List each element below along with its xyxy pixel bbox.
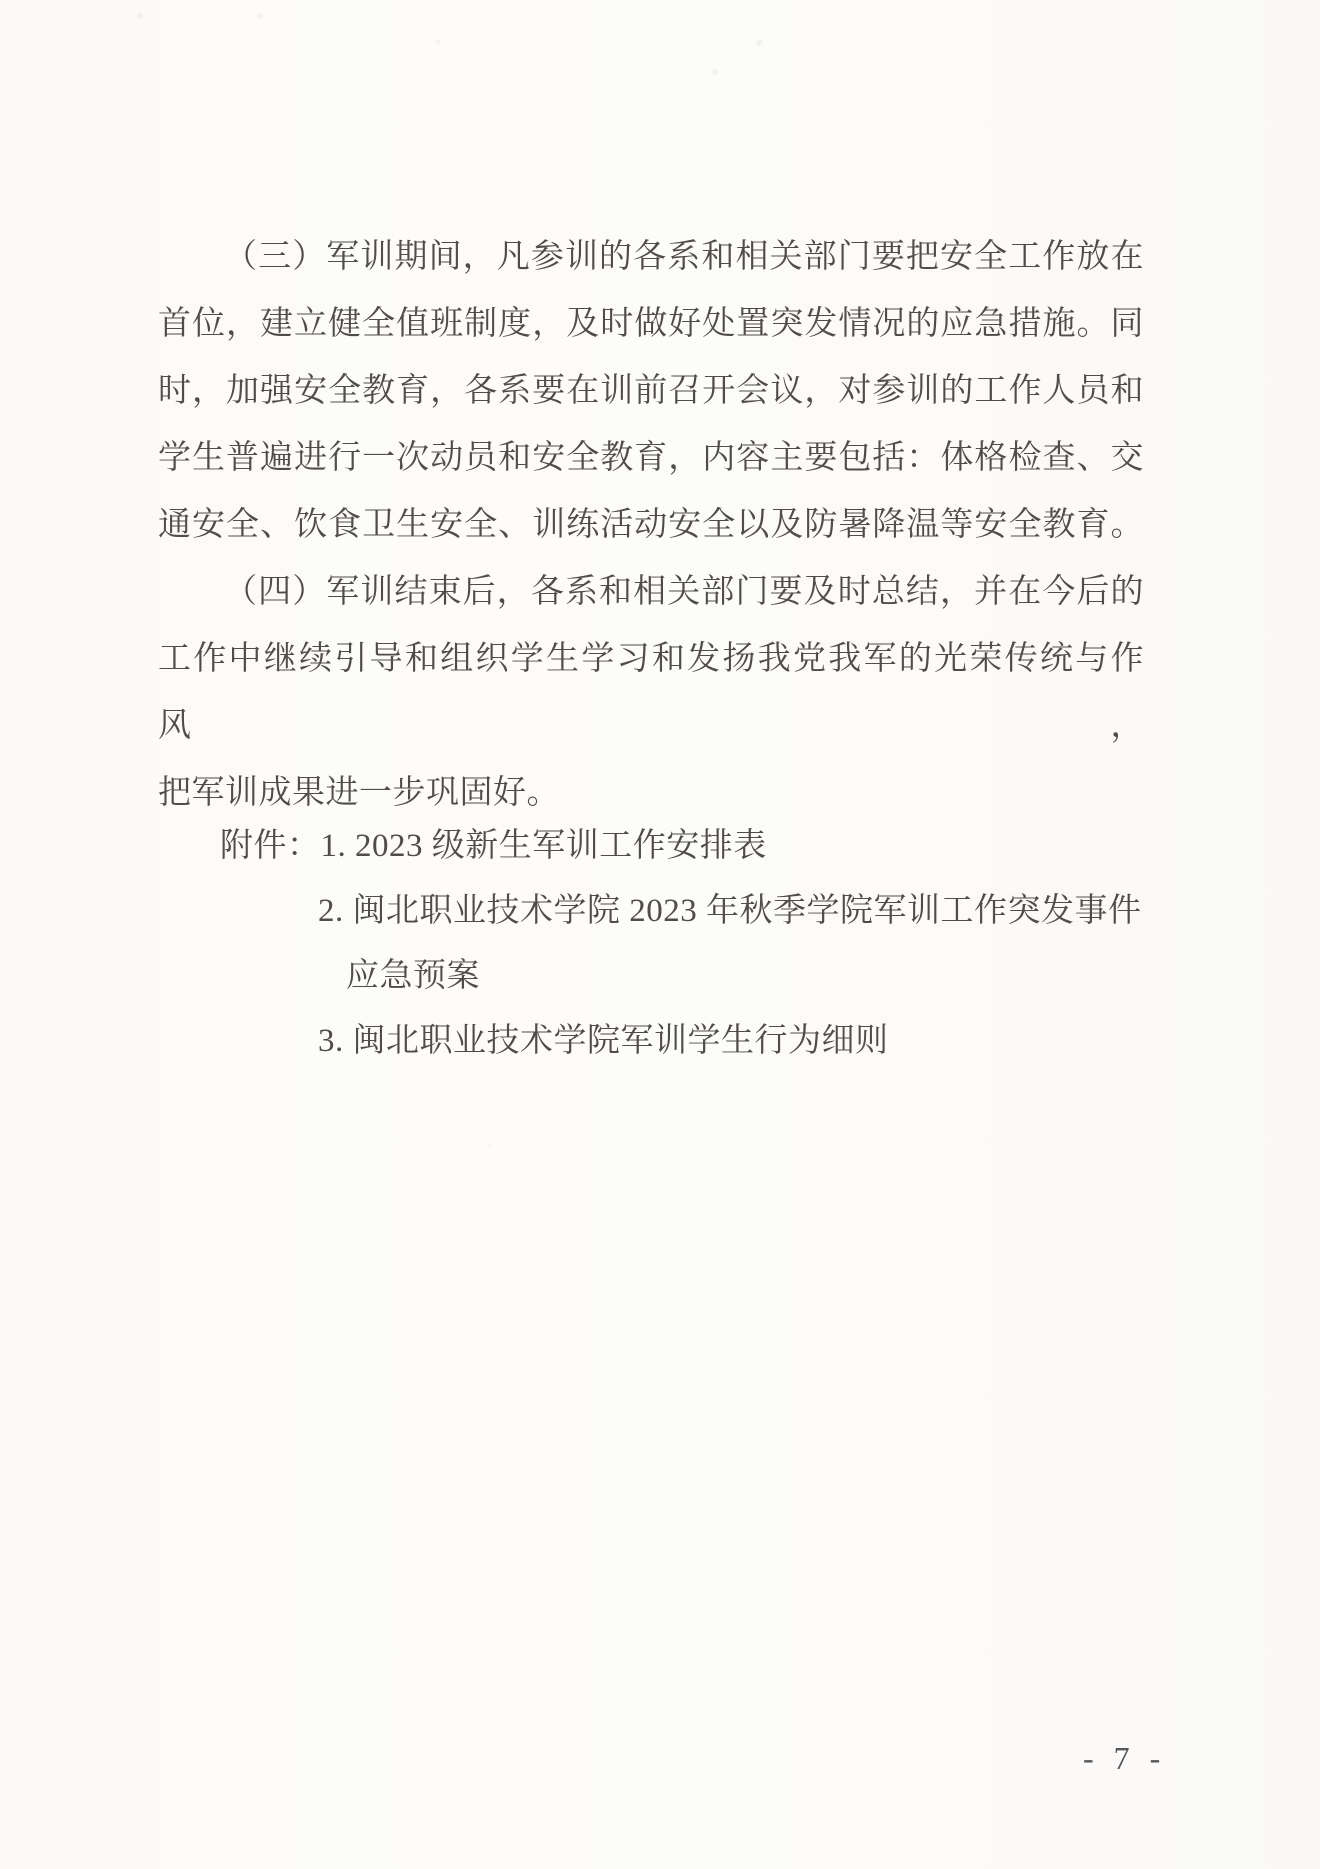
paragraph-san-line-1: （三）军训期间，凡参训的各系和相关部门要把安全工作放在: [158, 224, 1144, 291]
attachment-item-3: 3. 闽北职业技术学院军训学生行为细则: [318, 1009, 1178, 1074]
paragraph-san-line-2: 首位，建立健全值班制度，及时做好处置突发情况的应急措施。同: [158, 291, 1144, 358]
paragraph-si-line-2: 工作中继续引导和组织学生学习和发扬我党我军的光荣传统与作风，: [158, 626, 1144, 760]
attachment-item-2-line-1: 2. 闽北职业技术学院 2023 年秋季学院军训工作突发事件: [318, 879, 1178, 944]
attachment-item-2-line-2: 应急预案: [346, 944, 1178, 1009]
paragraph-si-line-1: （四）军训结束后，各系和相关部门要及时总结，并在今后的: [158, 559, 1144, 626]
scan-speck: [436, 40, 440, 44]
document-page: （三）军训期间，凡参训的各系和相关部门要把安全工作放在 首位，建立健全值班制度，…: [0, 0, 1320, 1869]
scan-speck: [138, 13, 143, 18]
attachments-section: 附件：1. 2023 级新生军训工作安排表 2. 闽北职业技术学院 2023 年…: [158, 814, 1178, 1074]
page-number: - 7 -: [1083, 1740, 1166, 1777]
attachments-label: 附件：: [220, 828, 321, 864]
scan-speck: [757, 40, 762, 45]
paragraph-san-line-5: 通安全、饮食卫生安全、训练活动安全以及防暑降温等安全教育。: [158, 492, 1144, 559]
body-text: （三）军训期间，凡参训的各系和相关部门要把安全工作放在 首位，建立健全值班制度，…: [158, 224, 1144, 827]
attachment-item-1: 1. 2023 级新生军训工作安排表: [321, 828, 767, 864]
attachments-head-line: 附件：1. 2023 级新生军训工作安排表: [220, 814, 1178, 879]
scan-speck: [258, 14, 262, 18]
scan-speck: [487, 1143, 492, 1147]
paragraph-san-line-4: 学生普遍进行一次动员和安全教育，内容主要包括：体格检查、交: [158, 425, 1144, 492]
paragraph-san-line-3: 时，加强安全教育，各系要在训前召开会议，对参训的工作人员和: [158, 358, 1144, 425]
scan-speck: [713, 70, 717, 74]
